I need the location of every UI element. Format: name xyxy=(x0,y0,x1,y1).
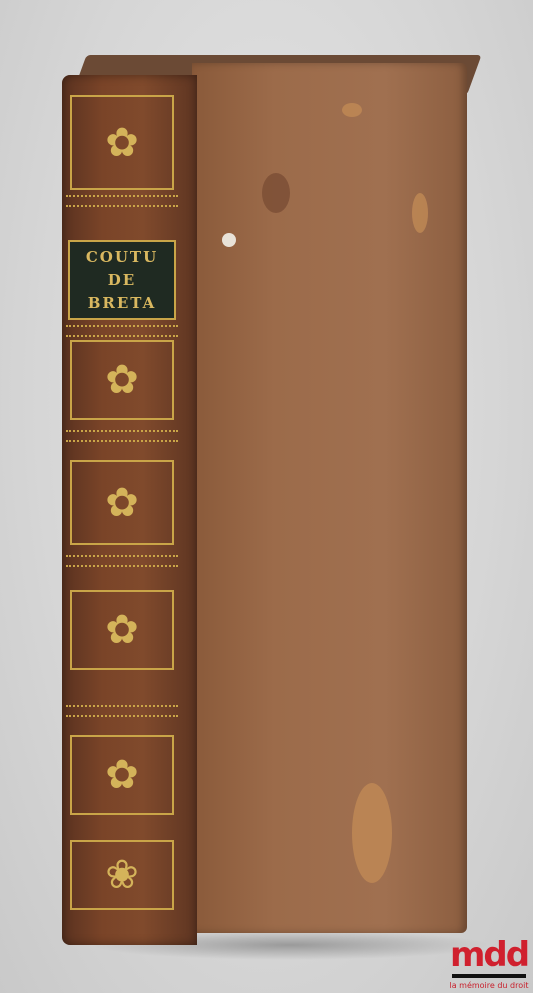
gilt-band xyxy=(66,325,178,337)
label-line: DE xyxy=(70,269,174,292)
gilt-band xyxy=(66,430,178,442)
gilt-band xyxy=(66,555,178,567)
gilt-panel: ✿ xyxy=(70,95,174,190)
logo-tagline: la mémoire du droit xyxy=(448,981,530,990)
gilt-band xyxy=(66,195,178,207)
gilt-panel: ✿ xyxy=(70,340,174,420)
spine-title-label: COUTU DE BRETA xyxy=(68,240,176,320)
book: ✿ COUTU DE BRETA ✿ ✿ ✿ ✿ ❀ xyxy=(62,55,470,945)
flower-ornament-icon: ✿ xyxy=(105,123,139,163)
label-line: BRETA xyxy=(70,292,174,315)
publisher-logo: mdd la mémoire du droit xyxy=(448,938,530,990)
flower-ornament-icon: ✿ xyxy=(105,610,139,650)
book-spine: ✿ COUTU DE BRETA ✿ ✿ ✿ ✿ ❀ xyxy=(62,75,197,945)
label-line: COUTU xyxy=(70,246,174,269)
flower-ornament-icon: ✿ xyxy=(105,360,139,400)
logo-mark: mdd xyxy=(448,938,530,972)
wear-spot xyxy=(412,193,428,233)
gilt-panel: ❀ xyxy=(70,840,174,910)
wear-spot xyxy=(342,103,362,117)
gilt-panel: ✿ xyxy=(70,460,174,545)
gilt-panel: ✿ xyxy=(70,590,174,670)
flower-ornament-icon: ✿ xyxy=(105,755,139,795)
gilt-band xyxy=(66,705,178,717)
flower-ornament-icon: ❀ xyxy=(105,855,139,895)
flower-ornament-icon: ✿ xyxy=(105,483,139,523)
gilt-panel: ✿ xyxy=(70,735,174,815)
stain-spot xyxy=(262,173,290,213)
wear-spot xyxy=(352,783,392,883)
cover-damage-hole xyxy=(222,233,236,247)
book-front-cover xyxy=(192,63,467,933)
